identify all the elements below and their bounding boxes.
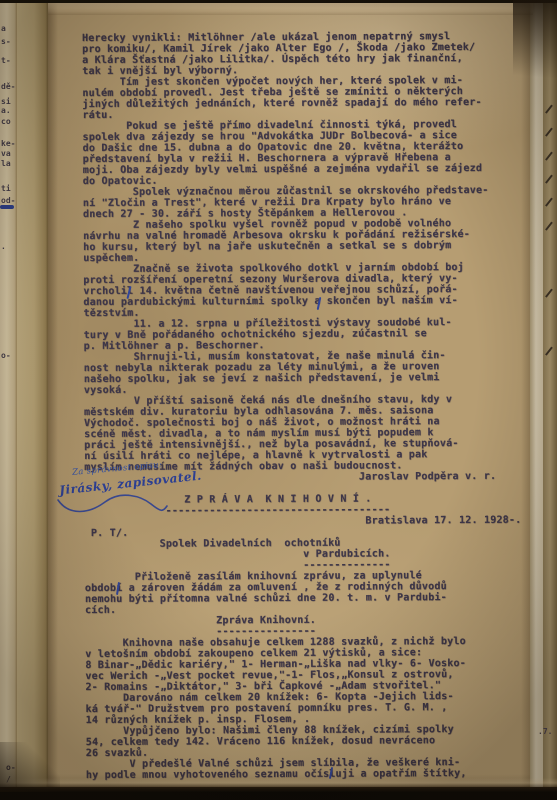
typed-report-text: Herecky vynikli: Mitlöhner /ale ukázal j…	[82, 31, 523, 781]
bleed-text-fragment: a.	[1, 107, 11, 115]
right-page-edge	[543, 0, 557, 800]
bleed-text-fragment: ti	[1, 185, 11, 193]
left-page-edge-inner	[17, 0, 48, 800]
shadow-top-right	[513, 0, 557, 95]
right-edge-tape	[530, 0, 543, 800]
paper-fold-highlight-top	[48, 3, 533, 15]
paper-fold-highlight-bottom	[0, 778, 557, 787]
bleed-text-fragment: la	[1, 160, 11, 168]
bleed-text-fragment: co	[1, 118, 11, 126]
bleed-text-fragment: .	[1, 243, 6, 251]
scanned-document-photo: Herecky vynikli: Mitlöhner /ale ukázal j…	[0, 0, 557, 800]
bleed-text-fragment: a	[1, 25, 6, 33]
photo-bottom-edge	[0, 787, 557, 800]
bleed-text-fragment: o-	[1, 352, 11, 360]
bleed-text-fragment: si	[1, 98, 11, 106]
bleed-text-fragment: od-	[1, 197, 15, 205]
bleed-text-fragment: va	[1, 150, 11, 158]
bleed-text-fragment: dě-	[1, 83, 15, 91]
bleed-text-fragment: s-	[1, 38, 11, 46]
pen-flourish	[55, 492, 170, 520]
bleed-text-fragment: t-	[1, 57, 11, 65]
right-margin-note: .7.	[538, 728, 552, 736]
shadow-bottom-left	[0, 742, 60, 792]
bleed-text-fragment: ke-	[1, 140, 15, 148]
ink-dash-mark	[0, 205, 14, 209]
